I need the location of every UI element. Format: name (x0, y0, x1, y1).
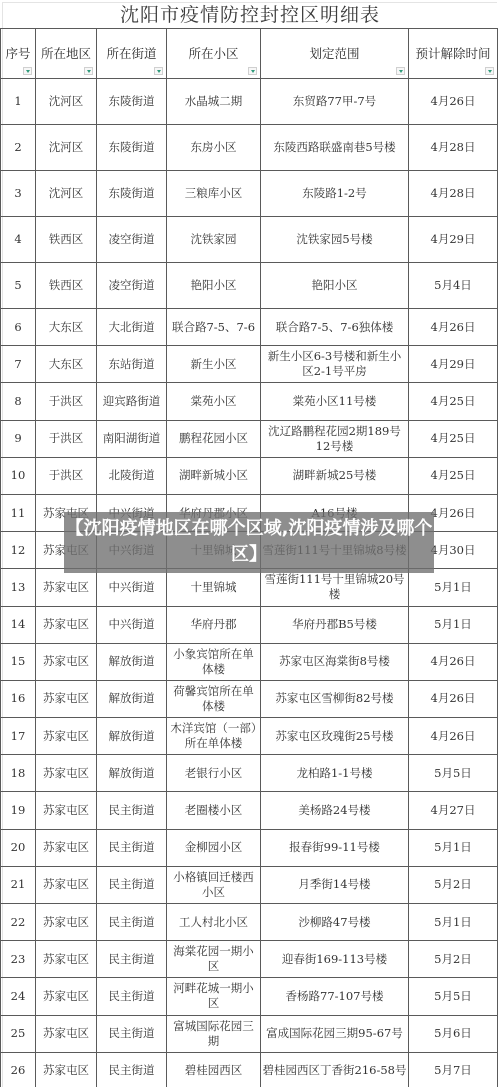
table-row: 3沈河区东陵街道三粮库小区东陵路1-2号4月28日 (1, 171, 498, 217)
cell-seq: 1 (1, 79, 36, 125)
cell-scope: 新生小区6-3号楼和新生小区2-1号平房 (261, 346, 409, 383)
cell-district: 苏家屯区 (36, 680, 97, 717)
cell-street: 民主街道 (97, 978, 167, 1015)
cell-district: 苏家屯区 (36, 829, 97, 866)
cell-community: 联合路7-5、7-6 (167, 309, 261, 346)
cell-seq: 8 (1, 383, 36, 420)
cell-community: 湖畔新城小区 (167, 457, 261, 494)
cell-release-date: 4月26日 (409, 643, 498, 680)
cell-community: 东房小区 (167, 125, 261, 171)
cell-community: 工人村北小区 (167, 904, 261, 941)
cell-district: 沈河区 (36, 171, 97, 217)
cell-community: 金柳园小区 (167, 829, 261, 866)
table-row: 23苏家屯区民主街道海棠花园一期小区迎春街169-113号楼5月2日 (1, 941, 498, 978)
cell-district: 苏家屯区 (36, 1052, 97, 1087)
cell-seq: 2 (1, 125, 36, 171)
cell-scope: 苏家屯区玫瑰街25号楼 (261, 718, 409, 755)
table-row: 6大东区大北街道联合路7-5、7-6联合路7-5、7-6独体楼4月26日 (1, 309, 498, 346)
filter-dropdown-icon[interactable] (84, 67, 93, 75)
cell-street: 解放街道 (97, 755, 167, 792)
cell-scope: 棠苑小区11号楼 (261, 383, 409, 420)
header-row: 序号 所在地区 所在街道 所在小区 划定范围 预计解除时间 (1, 29, 498, 79)
cell-scope: 华府丹郡B5号楼 (261, 606, 409, 643)
cell-district: 铁西区 (36, 263, 97, 309)
cell-street: 民主街道 (97, 1052, 167, 1087)
cell-street: 东站街道 (97, 346, 167, 383)
cell-street: 中兴街道 (97, 606, 167, 643)
table-row: 16苏家屯区解放街道荷馨宾馆所在单体楼苏家屯区雪柳街82号楼4月26日 (1, 680, 498, 717)
table-row: 14苏家屯区中兴街道华府丹郡华府丹郡B5号楼5月1日 (1, 606, 498, 643)
cell-street: 民主街道 (97, 1015, 167, 1052)
cell-street: 东陵街道 (97, 171, 167, 217)
cell-seq: 7 (1, 346, 36, 383)
cell-street: 大北街道 (97, 309, 167, 346)
cell-seq: 18 (1, 755, 36, 792)
table-row: 19苏家屯区民主街道老圈楼小区美杨路24号楼4月27日 (1, 792, 498, 829)
cell-release-date: 4月29日 (409, 217, 498, 263)
cell-district: 苏家屯区 (36, 1015, 97, 1052)
cell-release-date: 5月7日 (409, 1052, 498, 1087)
cell-scope: 湖畔新城25号楼 (261, 457, 409, 494)
cell-seq: 5 (1, 263, 36, 309)
cell-street: 凌空街道 (97, 217, 167, 263)
cell-district: 苏家屯区 (36, 978, 97, 1015)
cell-community: 华府丹郡 (167, 606, 261, 643)
table-row: 4铁西区凌空街道沈铁家园沈铁家园5号楼4月29日 (1, 217, 498, 263)
cell-community: 水晶城二期 (167, 79, 261, 125)
table-body: 1沈河区东陵街道水晶城二期东贸路77甲-7号4月26日2沈河区东陵街道东房小区东… (1, 79, 498, 1087)
cell-scope: 雪莲街111号十里锦城20号楼 (261, 569, 409, 606)
cell-district: 苏家屯区 (36, 755, 97, 792)
cell-seq: 13 (1, 569, 36, 606)
cell-scope: 沙柳路47号楼 (261, 904, 409, 941)
table-row: 13苏家屯区中兴街道十里锦城雪莲街111号十里锦城20号楼5月1日 (1, 569, 498, 606)
cell-release-date: 5月5日 (409, 978, 498, 1015)
filter-dropdown-icon[interactable] (23, 67, 32, 75)
cell-release-date: 4月25日 (409, 383, 498, 420)
cell-community: 小格镇回迁楼西小区 (167, 866, 261, 903)
cell-seq: 24 (1, 978, 36, 1015)
cell-release-date: 5月1日 (409, 829, 498, 866)
cell-district: 苏家屯区 (36, 941, 97, 978)
cell-community: 河畔花城一期小区 (167, 978, 261, 1015)
cell-street: 北陵街道 (97, 457, 167, 494)
cell-release-date: 4月28日 (409, 171, 498, 217)
cell-community: 小象宾馆所在单体楼 (167, 643, 261, 680)
cell-street: 解放街道 (97, 680, 167, 717)
cell-district: 沈河区 (36, 79, 97, 125)
cell-scope: 沈辽路鹏程花园2期189号12号楼 (261, 420, 409, 457)
cell-community: 老银行小区 (167, 755, 261, 792)
cell-district: 大东区 (36, 346, 97, 383)
cell-district: 大东区 (36, 309, 97, 346)
cell-seq: 4 (1, 217, 36, 263)
cell-seq: 20 (1, 829, 36, 866)
cell-seq: 21 (1, 866, 36, 903)
table-row: 8于洪区迎宾路街道棠苑小区棠苑小区11号楼4月25日 (1, 383, 498, 420)
cell-release-date: 5月1日 (409, 904, 498, 941)
filter-dropdown-icon[interactable] (248, 67, 257, 75)
cell-scope: 苏家屯区雪柳街82号楼 (261, 680, 409, 717)
table-row: 22苏家屯区民主街道工人村北小区沙柳路47号楼5月1日 (1, 904, 498, 941)
watermark-caption: 【沈阳疫情地区在哪个区域,沈阳疫情涉及哪个区】 (64, 512, 434, 573)
cell-street: 民主街道 (97, 904, 167, 941)
header-community: 所在小区 (167, 29, 261, 79)
cell-seq: 11 (1, 494, 36, 531)
cell-seq: 26 (1, 1052, 36, 1087)
cell-community: 海棠花园一期小区 (167, 941, 261, 978)
cell-scope: 美杨路24号楼 (261, 792, 409, 829)
cell-release-date: 5月2日 (409, 941, 498, 978)
cell-street: 民主街道 (97, 792, 167, 829)
cell-district: 苏家屯区 (36, 792, 97, 829)
header-release-date: 预计解除时间 (409, 29, 498, 79)
table-row: 18苏家屯区解放街道老银行小区龙柏路1-1号楼5月5日 (1, 755, 498, 792)
cell-community: 老圈楼小区 (167, 792, 261, 829)
cell-street: 东陵街道 (97, 79, 167, 125)
cell-street: 迎宾路街道 (97, 383, 167, 420)
cell-release-date: 4月26日 (409, 79, 498, 125)
table-row: 20苏家屯区民主街道金柳园小区报春街99-11号楼5月1日 (1, 829, 498, 866)
cell-scope: 沈铁家园5号楼 (261, 217, 409, 263)
header-scope: 划定范围 (261, 29, 409, 79)
cell-release-date: 5月1日 (409, 569, 498, 606)
document-title: 沈阳市疫情防控封控区明细表 (0, 0, 500, 28)
cell-seq: 3 (1, 171, 36, 217)
cell-district: 于洪区 (36, 457, 97, 494)
cell-release-date: 4月27日 (409, 792, 498, 829)
header-street: 所在街道 (97, 29, 167, 79)
cell-seq: 25 (1, 1015, 36, 1052)
cell-scope: 富成国际花园三期95-67号 (261, 1015, 409, 1052)
cell-seq: 15 (1, 643, 36, 680)
cell-release-date: 5月1日 (409, 606, 498, 643)
cell-scope: 艳阳小区 (261, 263, 409, 309)
table-row: 17苏家屯区解放街道木洋宾馆（一部）所在单体楼苏家屯区玫瑰街25号楼4月26日 (1, 718, 498, 755)
cell-district: 于洪区 (36, 420, 97, 457)
cell-street: 凌空街道 (97, 263, 167, 309)
table-row: 26苏家屯区民主街道碧桂园西区碧桂园西区丁香街216-58号5月7日 (1, 1052, 498, 1087)
cell-street: 解放街道 (97, 643, 167, 680)
cell-release-date: 4月26日 (409, 718, 498, 755)
cell-street: 中兴街道 (97, 569, 167, 606)
cell-district: 苏家屯区 (36, 904, 97, 941)
cell-scope: 联合路7-5、7-6独体楼 (261, 309, 409, 346)
cell-scope: 月季街14号楼 (261, 866, 409, 903)
cell-district: 沈河区 (36, 125, 97, 171)
cell-community: 棠苑小区 (167, 383, 261, 420)
table-row: 7大东区东站街道新生小区新生小区6-3号楼和新生小区2-1号平房4月29日 (1, 346, 498, 383)
cell-district: 苏家屯区 (36, 643, 97, 680)
cell-street: 东陵街道 (97, 125, 167, 171)
table-row: 5铁西区凌空街道艳阳小区艳阳小区5月4日 (1, 263, 498, 309)
cell-scope: 东陵西路联盛南巷5号楼 (261, 125, 409, 171)
cell-seq: 9 (1, 420, 36, 457)
cell-community: 木洋宾馆（一部）所在单体楼 (167, 718, 261, 755)
cell-release-date: 4月29日 (409, 346, 498, 383)
cell-community: 艳阳小区 (167, 263, 261, 309)
cell-seq: 6 (1, 309, 36, 346)
cell-scope: 碧桂园西区丁香街216-58号 (261, 1052, 409, 1087)
cell-seq: 16 (1, 680, 36, 717)
cell-seq: 22 (1, 904, 36, 941)
cell-street: 民主街道 (97, 866, 167, 903)
cell-seq: 10 (1, 457, 36, 494)
cell-release-date: 4月26日 (409, 680, 498, 717)
cell-scope: 东陵路1-2号 (261, 171, 409, 217)
cell-district: 铁西区 (36, 217, 97, 263)
filter-dropdown-icon[interactable] (154, 67, 163, 75)
cell-street: 南阳湖街道 (97, 420, 167, 457)
cell-scope: 香杨路77-107号楼 (261, 978, 409, 1015)
cell-community: 十里锦城 (167, 569, 261, 606)
cell-release-date: 5月6日 (409, 1015, 498, 1052)
cell-community: 富城国际花园三期 (167, 1015, 261, 1052)
cell-release-date: 4月26日 (409, 309, 498, 346)
table-row: 1沈河区东陵街道水晶城二期东贸路77甲-7号4月26日 (1, 79, 498, 125)
cell-seq: 14 (1, 606, 36, 643)
table-row: 15苏家屯区解放街道小象宾馆所在单体楼苏家屯区海棠街8号楼4月26日 (1, 643, 498, 680)
header-seq: 序号 (1, 29, 36, 79)
filter-dropdown-icon[interactable] (396, 67, 405, 75)
cell-district: 于洪区 (36, 383, 97, 420)
cell-release-date: 4月25日 (409, 420, 498, 457)
cell-street: 民主街道 (97, 829, 167, 866)
table-row: 9于洪区南阳湖街道鹏程花园小区沈辽路鹏程花园2期189号12号楼4月25日 (1, 420, 498, 457)
filter-dropdown-icon[interactable] (485, 67, 494, 75)
table-row: 10于洪区北陵街道湖畔新城小区湖畔新城25号楼4月25日 (1, 457, 498, 494)
cell-community: 新生小区 (167, 346, 261, 383)
cell-community: 碧桂园西区 (167, 1052, 261, 1087)
cell-district: 苏家屯区 (36, 606, 97, 643)
cell-release-date: 5月2日 (409, 866, 498, 903)
cell-seq: 17 (1, 718, 36, 755)
table-row: 25苏家屯区民主街道富城国际花园三期富成国际花园三期95-67号5月6日 (1, 1015, 498, 1052)
cell-scope: 龙柏路1-1号楼 (261, 755, 409, 792)
cell-seq: 23 (1, 941, 36, 978)
cell-release-date: 5月4日 (409, 263, 498, 309)
cell-community: 荷馨宾馆所在单体楼 (167, 680, 261, 717)
cell-release-date: 4月25日 (409, 457, 498, 494)
cell-scope: 报春街99-11号楼 (261, 829, 409, 866)
cell-street: 解放街道 (97, 718, 167, 755)
cell-street: 民主街道 (97, 941, 167, 978)
cell-community: 沈铁家园 (167, 217, 261, 263)
cell-seq: 19 (1, 792, 36, 829)
cell-seq: 12 (1, 532, 36, 569)
table-row: 21苏家屯区民主街道小格镇回迁楼西小区月季街14号楼5月2日 (1, 866, 498, 903)
cell-scope: 迎春街169-113号楼 (261, 941, 409, 978)
table-row: 2沈河区东陵街道东房小区东陵西路联盛南巷5号楼4月28日 (1, 125, 498, 171)
cell-community: 鹏程花园小区 (167, 420, 261, 457)
cell-release-date: 5月5日 (409, 755, 498, 792)
cell-district: 苏家屯区 (36, 718, 97, 755)
header-district: 所在地区 (36, 29, 97, 79)
table-row: 24苏家屯区民主街道河畔花城一期小区香杨路77-107号楼5月5日 (1, 978, 498, 1015)
cell-district: 苏家屯区 (36, 866, 97, 903)
cell-district: 苏家屯区 (36, 569, 97, 606)
cell-scope: 东贸路77甲-7号 (261, 79, 409, 125)
cell-release-date: 4月28日 (409, 125, 498, 171)
cell-scope: 苏家屯区海棠街8号楼 (261, 643, 409, 680)
cell-community: 三粮库小区 (167, 171, 261, 217)
